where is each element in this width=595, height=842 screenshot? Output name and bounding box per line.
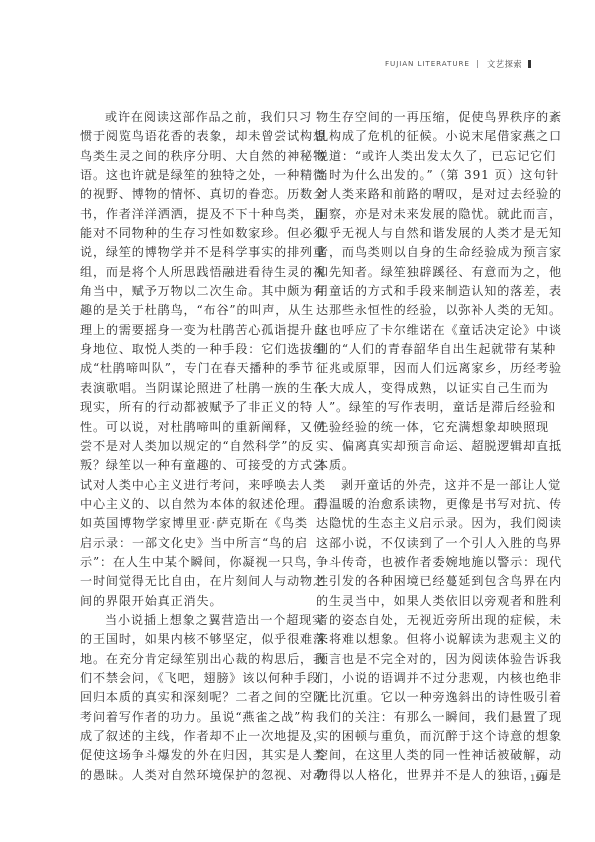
text-line: 现实，所有的行动都被赋予了非正义的特 — [80, 398, 308, 417]
text-line: 理上的需要摇身一变为杜鹃苦心孤诣提升自 — [80, 321, 308, 340]
text-line: 说，绿笙的博物学并不是科学事实的排列重 — [80, 243, 308, 262]
text-line: 本质。 — [316, 456, 544, 475]
text-line: 的生灵当中，如果人类依旧以旁观者和胜利 — [316, 592, 544, 611]
text-line: 乱构成了危机的征候。小说末尾借家燕之口 — [316, 127, 544, 146]
text-line: 这也呼应了卡尔维诺在《童话决定论》中谈 — [316, 321, 544, 340]
text-line: 中心主义的、以自然为本体的叙述伦理。正 — [80, 495, 308, 514]
text-line: 间的界限开始真正消失。 — [80, 592, 308, 611]
text-line: 叛？绿笙以一种有童趣的、可接受的方式尝 — [80, 456, 308, 475]
body-column-left: 或许在阅读这部作品之前，我们只习惯于阅览鸟语花香的表象，却未曾尝试构想鸟类生灵之… — [80, 108, 308, 785]
text-line: 角当中，赋予万物以二次生命。其中颇为有 — [80, 282, 308, 301]
text-line: 来将难以想象。但将小说解读为悲观主义的 — [316, 630, 544, 649]
text-line: 和先知者。绿笙独辟蹊径、有意而为之，他 — [316, 263, 544, 282]
text-line: 当小说插上想象之翼营造出一个超现实 — [80, 611, 308, 630]
text-line: 先验经验的统一体，它充满想象却映照现 — [316, 418, 544, 437]
text-line: 剥开童话的外壳，这并不是一部让人觉 — [316, 476, 544, 495]
running-header: FUJIAN LITERATURE | 文艺探索 — [0, 58, 595, 74]
text-line: 到的“人们的青春韶华自出生起就带有某种 — [316, 340, 544, 359]
text-line: 促使这场争斗爆发的外在归因，其实是人类 — [80, 746, 308, 765]
text-line: 人”。绿笙的写作表明，童话是滞后经验和 — [316, 398, 544, 417]
journal-title-en: FUJIAN LITERATURE — [385, 58, 470, 70]
text-line: 当时为什么出发的。”（第 391 页）这句针 — [316, 166, 544, 185]
text-line: 的愚昧。人类对自然环境保护的忽视、对动 — [80, 766, 308, 785]
text-line: 启示录：一部文化史》当中所言“鸟的启 — [80, 534, 308, 553]
text-line: 实的困顿与重负，而沉醉于这个诗意的想象 — [316, 727, 544, 746]
text-line: 性引发的各种困境已经蔓延到包含鸟界在内 — [316, 572, 544, 591]
text-line: 达隐忧的生态主义启示录。因为，我们阅读 — [316, 514, 544, 533]
text-line: 趣的是关于杜鹃鸟，“布谷”的叫声，从生 — [80, 301, 308, 320]
text-line: 一时间觉得无比自由，在片刻间人与动物之 — [80, 572, 308, 591]
text-line: 成“杜鹃啼叫队”，专门在春天播种的季节 — [80, 359, 308, 378]
text-line: 地。在充分肯定绿笙别出心裁的构思后，我 — [80, 650, 308, 669]
text-line: 回归本质的真实和深刻呢？二者之间的空隙 — [80, 688, 308, 707]
text-line: 考问着写作者的功力。虽说“燕雀之战”构 — [80, 708, 308, 727]
text-line: 实、偏离真实却预言命运、超脱逻辑却直抵 — [316, 437, 544, 456]
text-line: 惯于阅览鸟语花香的表象，却未曾尝试构想 — [80, 127, 308, 146]
text-line: 似乎无视人与自然和谐发展的人类才是无知 — [316, 224, 544, 243]
block-marker-icon — [528, 60, 531, 68]
text-line: 者，而鸟类则以自身的生命经验成为预言家 — [316, 243, 544, 262]
text-line: 表演歌唱。当阴谋论照进了杜鹃一族的生存 — [80, 379, 308, 398]
text-line: 长大成人，变得成熟，以证实自己生而为 — [316, 379, 544, 398]
text-line: 我们的关注：有那么一瞬间，我们悬置了现 — [316, 708, 544, 727]
text-line: 组，而是将个人所思践悟融进看待生灵的视 — [80, 263, 308, 282]
text-line: 的王国时，如果内核不够坚定，似乎很难落 — [80, 630, 308, 649]
section-title-cn: 文艺探索 — [487, 58, 522, 70]
text-line: 示”：在人生中某个瞬间，你凝视一只鸟， — [80, 553, 308, 572]
text-line: 争斗传奇，也被作者委婉地施以警示：现代 — [316, 553, 544, 572]
text-line: 们，小说的语调并不过分悲观，内核也绝非 — [316, 669, 544, 688]
text-line: 无比沉重。它以一种旁逸斜出的诗性吸引着 — [316, 688, 544, 707]
text-line: 鸟类生灵之间的秩序分明、大自然的神秘物 — [80, 147, 308, 166]
body-column-right: 物生存空间的一再压缩，促使鸟界秩序的紊乱构成了危机的征候。小说末尾借家燕之口说道… — [316, 108, 544, 785]
text-line: 物得以人格化，世界并不是人的独语，而是 — [316, 766, 544, 785]
text-line: 空间，在这里人类的同一性神话被破解，动 — [316, 746, 544, 765]
text-line: 书，作者洋洋洒洒，提及不下十种鸟类，且 — [80, 205, 308, 224]
text-line: 说道：“或许人类出发太久了，已忘记它们 — [316, 147, 544, 166]
text-line: 洞察，亦是对未来发展的隐忧。就此而言， — [316, 205, 544, 224]
text-line: 征兆或原罪，因而人们远离家乡，历经考验 — [316, 359, 544, 378]
text-line: 能对不同物种的生存习性如数家珍。但必须 — [80, 224, 308, 243]
text-line: 达那些永恒性的经验，以弥补人类的无知。 — [316, 301, 544, 320]
page-number: 159 — [530, 774, 546, 784]
text-line: 用童话的方式和手段来制造认知的落差，表 — [316, 282, 544, 301]
text-line: 性。可以说，对杜鹃啼叫的重新阐释，又何 — [80, 418, 308, 437]
text-line: 如英国博物学家博里亚·萨克斯在《鸟类 — [80, 514, 308, 533]
header-separator: | — [476, 58, 479, 70]
text-line: 或许在阅读这部作品之前，我们只习 — [80, 108, 308, 127]
text-line: 物生存空间的一再压缩，促使鸟界秩序的紊 — [316, 108, 544, 127]
text-line: 预言也是不完全对的，因为阅读体验告诉我 — [316, 650, 544, 669]
text-line: 成了叙述的主线，作者却不止一次地提及， — [80, 727, 308, 746]
text-line: 得温暖的治愈系读物，更像是书写对抗、传 — [316, 495, 544, 514]
text-line: 尝不是对人类加以规定的“自然科学”的反 — [80, 437, 308, 456]
text-line: 者的姿态自处，无视近旁所出现的症候，未 — [316, 611, 544, 630]
text-line: 对人类来路和前路的喟叹，是对过去经验的 — [316, 185, 544, 204]
text-line: 试对人类中心主义进行考问，来呼唤去人类 — [80, 476, 308, 495]
text-line: 身地位、取悦人类的一种手段：它们选拔组 — [80, 340, 308, 359]
text-line: 的视野、博物的情怀、真切的眷恋。历数全 — [80, 185, 308, 204]
text-line: 们不禁会问，《飞吧，翅膀》该以何种手段 — [80, 669, 308, 688]
text-line: 这部小说，不仅读到了一个引人入胜的鸟界 — [316, 534, 544, 553]
text-line: 语。这也许就是绿笙的独特之处，一种精微 — [80, 166, 308, 185]
